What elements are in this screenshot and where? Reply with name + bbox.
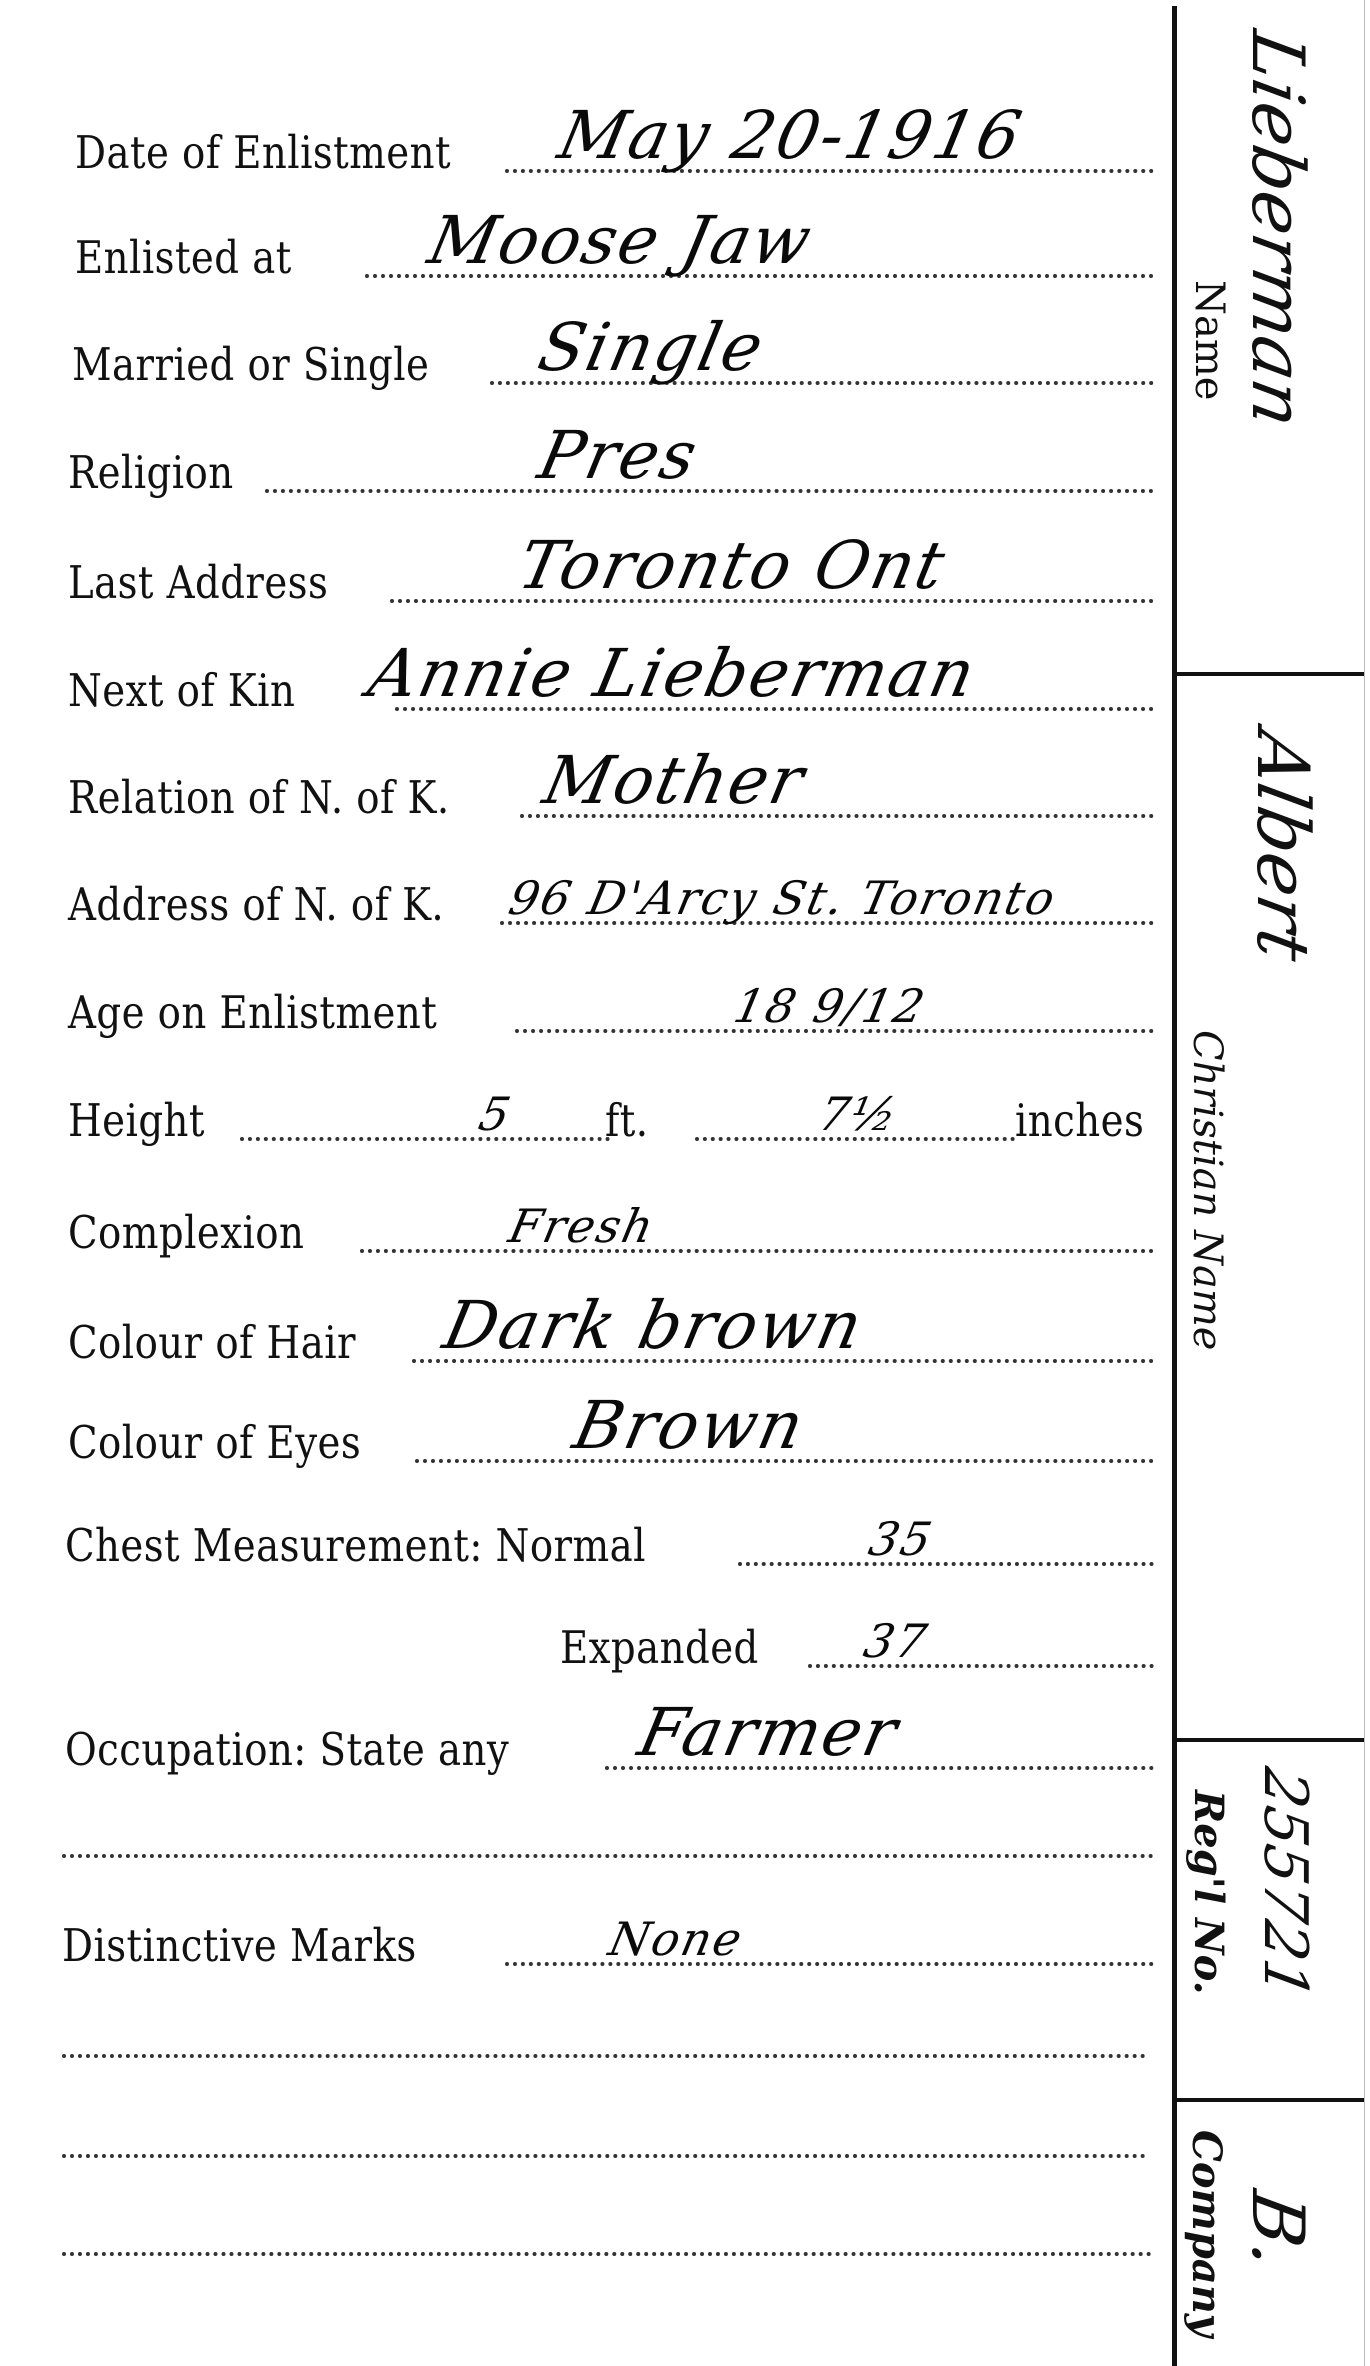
field-value: 37 xyxy=(860,1618,932,1664)
card-edge xyxy=(1364,0,1365,2366)
field-value: Mother xyxy=(538,748,811,814)
field-label: Colour of Hair xyxy=(68,1320,356,1365)
christian-name-label: Christian Name xyxy=(1184,1030,1230,1350)
field-value: Moose Jaw xyxy=(423,208,818,274)
field-date-of-enlistment: Date of Enlistment May 20-1916 xyxy=(0,115,1160,175)
field-last-address: Last Address Toronto Ont xyxy=(0,545,1160,605)
height-inches-value: 7½ xyxy=(815,1091,903,1137)
christian-name-divider xyxy=(1174,1738,1364,1742)
field-label: Enlisted at xyxy=(75,235,292,280)
height-feet-value: 5 xyxy=(475,1091,516,1137)
feet-label: ft. xyxy=(605,1098,648,1143)
field-religion: Religion Pres xyxy=(0,435,1160,495)
blank-line xyxy=(0,2000,1160,2060)
blank-line xyxy=(0,2100,1160,2160)
fill-line xyxy=(62,2252,1152,2256)
field-value: Dark brown xyxy=(438,1293,869,1359)
field-age-on-enlistment: Age on Enlistment 18 9/12 xyxy=(0,975,1160,1035)
company-label: Company xyxy=(1183,2130,1230,2337)
field-value: None xyxy=(605,1916,748,1962)
field-married-or-single: Married or Single Single xyxy=(0,327,1160,387)
field-chest-expanded: Expanded 37 xyxy=(0,1610,1160,1670)
field-label: Occupation: State any xyxy=(65,1727,509,1772)
field-address-of-nok: Address of N. of K. 96 D'Arcy St. Toront… xyxy=(0,867,1160,927)
field-occupation: Occupation: State any Farmer xyxy=(0,1712,1160,1772)
field-distinctive-marks: Distinctive Marks None xyxy=(0,1908,1160,1968)
field-value: 35 xyxy=(865,1516,937,1562)
field-value: 96 D'Arcy St. Toronto xyxy=(505,875,1061,921)
fill-line xyxy=(62,1854,1154,1858)
blank-line xyxy=(0,2198,1160,2258)
field-label: Height xyxy=(68,1098,205,1143)
blank-line xyxy=(0,1800,1160,1860)
field-value: May 20-1916 xyxy=(553,103,1028,169)
field-label: Distinctive Marks xyxy=(62,1923,417,1968)
name-divider xyxy=(1174,672,1364,676)
regl-no-label: Reg'l No. xyxy=(1185,1790,1232,1995)
column-divider xyxy=(1172,6,1177,2366)
field-label: Date of Enlistment xyxy=(75,130,451,175)
field-value: Toronto Ont xyxy=(513,533,952,599)
field-value: Brown xyxy=(568,1393,811,1459)
surname-value: Lieberman xyxy=(1236,25,1320,434)
field-label: Married or Single xyxy=(72,342,429,387)
inches-label: inches xyxy=(1015,1098,1144,1143)
field-label: Relation of N. of K. xyxy=(68,775,450,820)
field-label: Chest Measurement: Normal xyxy=(65,1523,646,1568)
field-value: Farmer xyxy=(633,1700,904,1766)
field-colour-of-hair: Colour of Hair Dark brown xyxy=(0,1305,1160,1365)
fill-line xyxy=(62,2054,1146,2058)
field-value: Annie Lieberman xyxy=(363,641,982,707)
field-label: Religion xyxy=(68,450,234,495)
field-label: Age on Enlistment xyxy=(68,990,437,1035)
field-enlisted-at: Enlisted at Moose Jaw xyxy=(0,220,1160,280)
field-label: Complexion xyxy=(68,1210,304,1255)
field-value: Fresh xyxy=(505,1203,659,1249)
fill-line xyxy=(240,1137,610,1141)
field-relation-of-nok: Relation of N. of K. Mother xyxy=(0,760,1160,820)
fill-line xyxy=(62,2154,1146,2158)
field-label: Expanded xyxy=(560,1625,759,1670)
field-label: Next of Kin xyxy=(68,668,295,713)
regl-no-divider xyxy=(1174,2098,1364,2102)
fill-line xyxy=(265,489,1154,493)
field-complexion: Complexion Fresh xyxy=(0,1195,1160,1255)
field-value: Single xyxy=(533,315,770,381)
name-label: Name xyxy=(1186,280,1232,400)
field-label: Colour of Eyes xyxy=(68,1420,361,1465)
field-label: Last Address xyxy=(68,560,328,605)
regl-no-value: 255721 xyxy=(1250,1763,1320,2004)
fill-line xyxy=(360,1249,1154,1253)
field-chest-normal: Chest Measurement: Normal 35 xyxy=(0,1508,1160,1568)
field-value: 18 9/12 xyxy=(730,983,930,1029)
field-label: Address of N. of K. xyxy=(68,882,444,927)
field-value: Pres xyxy=(533,423,704,489)
field-colour-of-eyes: Colour of Eyes Brown xyxy=(0,1405,1160,1465)
fill-line xyxy=(738,1562,1154,1566)
fill-line xyxy=(505,1962,1154,1966)
christian-name-value: Albert xyxy=(1241,725,1325,967)
company-value: B. xyxy=(1236,2185,1320,2276)
field-next-of-kin: Next of Kin Annie Lieberman xyxy=(0,653,1160,713)
field-height: Height 5 ft. 7½ inches xyxy=(0,1083,1160,1143)
